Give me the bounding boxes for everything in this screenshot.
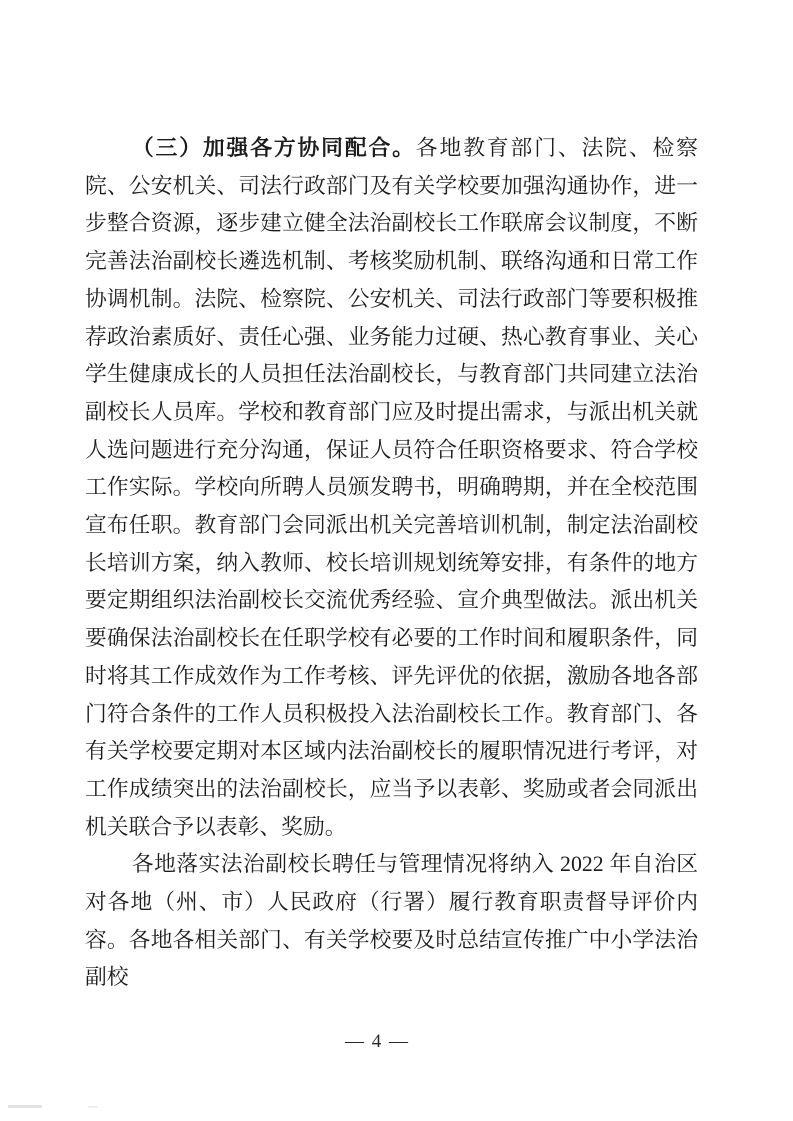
paragraph-section-3: （三）加强各方协同配合。各地教育部门、法院、检察院、公安机关、司法行政部门及有关… [85,130,698,846]
section-heading: （三）加强各方协同配合。 [132,136,416,160]
scan-speck-artifact [88,1106,98,1108]
paragraph-closing: 各地落实法治副校长聘任与管理情况将纳入 2022 年自治区对各地（州、市）人民政… [85,846,698,997]
page-number: — 4 — [345,1031,408,1052]
paragraph-closing-text: 各地落实法治副校长聘任与管理情况将纳入 2022 年自治区对各地（州、市）人民政… [85,852,698,989]
paragraph-section-3-text: 各地教育部门、法院、检察院、公安机关、司法行政部门及有关学校要加强沟通协作，进一… [85,136,698,839]
document-body: （三）加强各方协同配合。各地教育部门、法院、检察院、公安机关、司法行政部门及有关… [85,130,698,997]
page-footer: — 4 — [0,1031,773,1053]
scan-smudge-artifact [8,1105,42,1108]
document-page: （三）加强各方协同配合。各地教育部门、法院、检察院、公安机关、司法行政部门及有关… [0,0,793,1121]
